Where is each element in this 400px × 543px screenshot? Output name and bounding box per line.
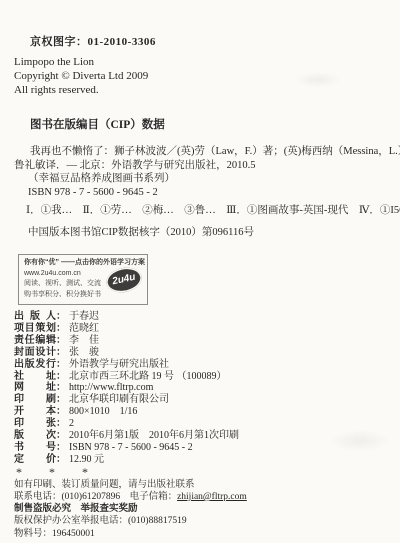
row-label: 版次 <box>14 430 56 442</box>
row-value: 12.90 元 <box>69 454 104 465</box>
row-label: 开本 <box>14 406 56 418</box>
row-value: 于春迟 <box>69 311 99 322</box>
stars-separator: * * * <box>16 466 388 478</box>
row-label: 印刷 <box>14 394 56 406</box>
publication-row-sheets: 印张：2 <box>14 418 388 430</box>
row-label: 封面设计 <box>14 347 56 359</box>
row-label: 网址 <box>14 382 56 394</box>
cip-description-line2: 鲁礼敏译．— 北京：外语教学与研究出版社，2010.5 <box>14 159 388 173</box>
row-label: 书号 <box>14 442 56 454</box>
row-label: 出版人 <box>14 311 56 323</box>
row-colon: ： <box>56 347 66 358</box>
row-colon: ： <box>56 359 66 370</box>
row-colon: ： <box>56 430 66 441</box>
cip-series: （幸福豆品格养成图画书系列） <box>28 172 388 186</box>
cip-record-number: 中国版本图书馆CIP数据核字（2010）第096116号 <box>28 226 388 240</box>
publication-row-printer: 印刷：北京华联印刷有限公司 <box>14 394 388 406</box>
row-value: 张 骏 <box>69 347 99 358</box>
row-value: 范晓红 <box>69 323 99 334</box>
copyright-page: 京权图字：01-2010-3306 Limpopo the Lion Copyr… <box>0 0 400 543</box>
row-label: 印张 <box>14 418 56 430</box>
row-value: 外语教学与研究出版社 <box>69 359 169 370</box>
row-value: 北京市西三环北路 19 号 （100089） <box>69 371 227 382</box>
registration-number: 京权图字：01-2010-3306 <box>30 33 388 49</box>
row-colon: ： <box>56 311 66 322</box>
row-colon: ： <box>56 406 66 417</box>
report-phone-line: 版权保护办公室举报电话：(010)88817519 <box>14 515 388 527</box>
quality-note: 如有印刷、装订质量问题，请与出版社联系 <box>14 479 388 491</box>
row-value: 2010年6月第1版 2010年6月第1次印刷 <box>69 430 239 441</box>
row-value: 李 佳 <box>69 335 99 346</box>
contact-prefix: 联系电话：(010)61207896 电子信箱： <box>14 492 177 502</box>
cip-description-line1: 我再也不懒惰了：狮子林波波／(英)劳（Law，F.）著；(英)梅西纳（Messi… <box>14 145 388 159</box>
row-label: 定价 <box>14 454 56 466</box>
row-colon: ： <box>56 394 66 405</box>
scan-smudge <box>330 430 390 452</box>
row-label: 项目策划 <box>14 323 56 335</box>
publication-row-publisher: 出版发行：外语教学与研究出版社 <box>14 359 388 371</box>
publication-row-price: 定价：12.90 元 <box>14 454 388 466</box>
anti-piracy-note: 制售盗版必究 举报查实奖励 <box>14 503 388 515</box>
publication-row-publisher-person: 出版人：于春迟 <box>14 311 388 323</box>
row-label: 出版发行 <box>14 359 56 371</box>
contact-line: 联系电话：(010)61207896 电子信箱：zhijian@fltrp.co… <box>14 491 388 503</box>
row-colon: ： <box>56 454 66 465</box>
row-colon: ： <box>56 323 66 334</box>
publication-row-address: 社址：北京市西三环北路 19 号 （100089） <box>14 371 388 383</box>
row-value: 800×1010 1/16 <box>69 406 137 417</box>
publication-row-project-planner: 项目策划：范晓红 <box>14 323 388 335</box>
publication-row-editor: 责任编辑：李 佳 <box>14 335 388 347</box>
promo-box: 你有你“优” ——点击你的外语学习方案 www.2u4u.com.cn 阅读、视… <box>18 254 148 305</box>
cip-classification: Ⅰ．①我… Ⅱ．①劳… ②梅… ③鲁… Ⅲ．①图画故事-英国-现代 Ⅳ．①I56… <box>26 204 388 218</box>
scan-smudge <box>295 72 341 88</box>
row-label: 责任编辑 <box>14 335 56 347</box>
publication-row-format: 开本：800×1010 1/16 <box>14 406 388 418</box>
cip-isbn: ISBN 978 - 7 - 5600 - 9645 - 2 <box>28 186 388 200</box>
row-colon: ： <box>56 371 66 382</box>
row-colon: ： <box>56 442 66 453</box>
row-value: 北京华联印刷有限公司 <box>69 394 169 405</box>
row-value: 2 <box>69 418 74 429</box>
row-colon: ： <box>56 335 66 346</box>
publisher-url: http://www.fltrp.com <box>69 382 153 393</box>
row-label: 社址 <box>14 371 56 383</box>
cip-heading: 图书在版编目（CIP）数据 <box>30 116 388 132</box>
row-colon: ： <box>56 382 66 393</box>
cip-description: 我再也不懒惰了：狮子林波波／(英)劳（Law，F.）著；(英)梅西纳（Messi… <box>14 145 388 172</box>
publication-row-website: 网址：http://www.fltrp.com <box>14 382 388 394</box>
book-title-english: Limpopo the Lion <box>14 55 388 69</box>
material-number-line: 物料号：196450001 <box>14 528 388 540</box>
row-value: ISBN 978 - 7 - 5600 - 9645 - 2 <box>69 442 193 453</box>
email-link[interactable]: zhijian@fltrp.com <box>177 492 247 502</box>
row-colon: ： <box>56 418 66 429</box>
footer-notes: 如有印刷、装订质量问题，请与出版社联系 联系电话：(010)61207896 电… <box>14 479 388 540</box>
publication-row-cover-design: 封面设计：张 骏 <box>14 347 388 359</box>
